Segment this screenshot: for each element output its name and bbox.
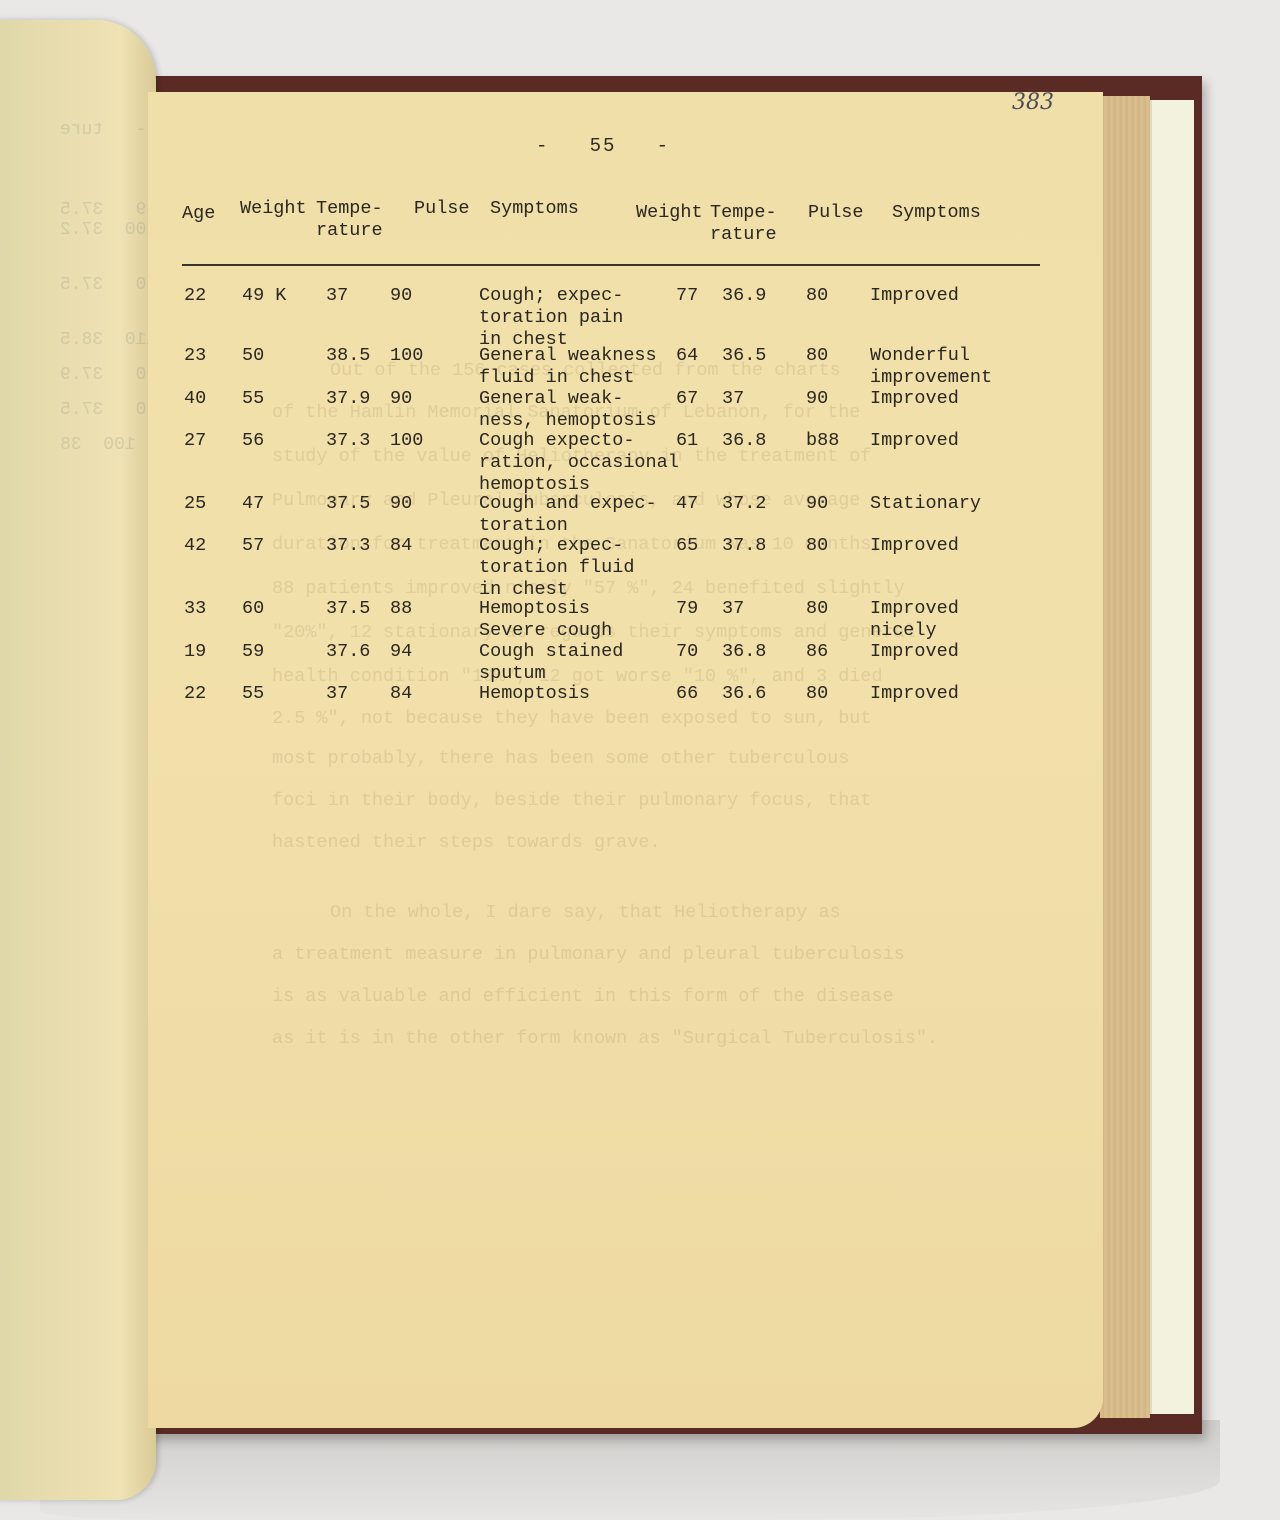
cell-temp-after: 36.9 xyxy=(722,285,766,307)
cell-pulse-after: 80 xyxy=(806,683,828,705)
cell-age: 27 xyxy=(184,430,206,452)
page-number: - 55 - xyxy=(536,135,670,157)
bleed-through-line: most probably, there has been some other… xyxy=(272,748,849,770)
header-weight: Weight xyxy=(240,198,307,220)
bleed-through-line: On the whole, I dare say, that Heliother… xyxy=(330,902,841,924)
cell-temp: 37.5 xyxy=(326,598,370,620)
cell-symptoms: General weakness fluid in chest xyxy=(479,345,657,389)
cell-weight: 57 xyxy=(242,535,264,557)
cell-temp: 37 xyxy=(326,683,348,705)
backdrop-shadow xyxy=(40,1420,1220,1520)
cell-result: Wonderful improvement xyxy=(870,345,992,389)
cell-temp-after: 37.2 xyxy=(722,493,766,515)
cell-weight-after: 66 xyxy=(676,683,698,705)
cell-pulse: 84 xyxy=(390,683,412,705)
cell-result: Improved xyxy=(870,430,959,452)
cell-weight-after: 61 xyxy=(676,430,698,452)
cell-age: 22 xyxy=(184,683,206,705)
cell-result: Improved nicely xyxy=(870,598,959,642)
cell-symptoms: Cough; expec- toration pain in chest xyxy=(479,285,623,351)
cell-pulse: 94 xyxy=(390,641,412,663)
cell-temp-after: 36.8 xyxy=(722,641,766,663)
cell-temp: 37 xyxy=(326,285,348,307)
cell-age: 19 xyxy=(184,641,206,663)
header-symptoms-after: Symptoms xyxy=(892,202,981,224)
cell-temp: 37.5 xyxy=(326,493,370,515)
cell-symptoms: Cough stained sputum xyxy=(479,641,623,685)
header-age: Age xyxy=(182,203,215,225)
left-ghost-text: 69 37.5 xyxy=(60,200,157,220)
header-pulse-after: Pulse xyxy=(808,202,864,224)
cell-pulse: 100 xyxy=(390,345,423,367)
cell-weight: 55 xyxy=(242,683,264,705)
cell-symptoms: Cough; expec- toration fluid in chest xyxy=(479,535,634,601)
left-page-curl: Pulse - ture 69 37.5 100 37.2 80 37.5 11… xyxy=(0,20,156,1500)
cell-result: Improved xyxy=(870,683,959,705)
header-rule xyxy=(182,264,1040,266)
cell-result: Stationary xyxy=(870,493,981,515)
handwritten-folio-number: 383 xyxy=(1012,90,1054,115)
cell-pulse: 100 xyxy=(390,430,423,452)
cell-weight: 47 xyxy=(242,493,264,515)
cell-symptoms: Hemoptosis Severe cough xyxy=(479,598,612,642)
bleed-through-line: hastened their steps towards grave. xyxy=(272,832,661,854)
header-symptoms: Symptoms xyxy=(490,198,579,220)
cell-temp-after: 36.8 xyxy=(722,430,766,452)
cell-temp-after: 36.6 xyxy=(722,683,766,705)
cell-symptoms: Hemoptosis xyxy=(479,683,590,705)
cell-weight-after: 70 xyxy=(676,641,698,663)
bleed-through-line: foci in their body, beside their pulmona… xyxy=(272,790,872,812)
cell-pulse-after: b88 xyxy=(806,430,839,452)
cell-weight-after: 79 xyxy=(676,598,698,620)
cell-pulse-after: 86 xyxy=(806,641,828,663)
cell-pulse-after: 90 xyxy=(806,388,828,410)
cell-symptoms: Cough and expec- toration xyxy=(479,493,657,537)
cell-pulse: 90 xyxy=(390,493,412,515)
cell-pulse-after: 80 xyxy=(806,535,828,557)
cell-result: Improved xyxy=(870,641,959,663)
cell-pulse-after: 80 xyxy=(806,598,828,620)
cell-temp: 38.5 xyxy=(326,345,370,367)
cell-weight: 50 xyxy=(242,345,264,367)
cell-weight-after: 65 xyxy=(676,535,698,557)
cell-weight: 55 xyxy=(242,388,264,410)
bleed-through-line: as it is in the other form known as "Sur… xyxy=(272,1028,938,1050)
left-ghost-text: 100 38 xyxy=(60,435,136,455)
cell-pulse: 90 xyxy=(390,388,412,410)
left-ghost-text: 90 37.9 xyxy=(60,365,157,385)
bleed-through-line: a treatment measure in pulmonary and ple… xyxy=(272,944,905,966)
cell-age: 42 xyxy=(184,535,206,557)
cell-age: 22 xyxy=(184,285,206,307)
cell-weight-after: 67 xyxy=(676,388,698,410)
cell-temp-after: 36.5 xyxy=(722,345,766,367)
cell-pulse-after: 80 xyxy=(806,285,828,307)
cell-pulse-after: 90 xyxy=(806,493,828,515)
header-pulse: Pulse xyxy=(414,198,470,220)
cell-temp-after: 37 xyxy=(722,388,744,410)
left-ghost-text: 90 37.5 xyxy=(60,400,157,420)
page-edge-stack xyxy=(1100,96,1150,1418)
header-temperature-after: Tempe- rature xyxy=(710,202,777,246)
cell-pulse: 84 xyxy=(390,535,412,557)
left-ghost-text: 100 37.2 xyxy=(60,220,157,240)
cell-pulse: 88 xyxy=(390,598,412,620)
header-temperature: Tempe- rature xyxy=(316,198,383,242)
cell-weight-after: 47 xyxy=(676,493,698,515)
cell-symptoms: Cough expecto- ration, occasional hemopt… xyxy=(479,430,679,496)
bleed-through-line: 2.5 %", not because they have been expos… xyxy=(272,708,872,730)
cell-weight: 56 xyxy=(242,430,264,452)
cell-weight: 60 xyxy=(242,598,264,620)
cell-result: Improved xyxy=(870,388,959,410)
cell-weight-after: 64 xyxy=(676,345,698,367)
cell-temp: 37.6 xyxy=(326,641,370,663)
cell-age: 23 xyxy=(184,345,206,367)
cell-pulse-after: 80 xyxy=(806,345,828,367)
cell-weight: 59 xyxy=(242,641,264,663)
cell-weight: 49 K xyxy=(242,285,286,307)
left-ghost-text: 110 38.5 xyxy=(60,330,157,350)
endpaper xyxy=(1150,100,1194,1414)
cell-temp: 37.3 xyxy=(326,430,370,452)
cell-age: 25 xyxy=(184,493,206,515)
cell-symptoms: General weak- ness, hemoptosis xyxy=(479,388,657,432)
cell-age: 33 xyxy=(184,598,206,620)
cell-temp-after: 37.8 xyxy=(722,535,766,557)
cell-temp: 37.3 xyxy=(326,535,370,557)
cell-temp: 37.9 xyxy=(326,388,370,410)
cell-temp-after: 37 xyxy=(722,598,744,620)
cell-result: Improved xyxy=(870,535,959,557)
cell-age: 40 xyxy=(184,388,206,410)
bleed-through-line: is as valuable and efficient in this for… xyxy=(272,986,894,1008)
cell-weight-after: 77 xyxy=(676,285,698,307)
header-weight-after: Weight xyxy=(636,202,703,224)
cell-result: Improved xyxy=(870,285,959,307)
left-ghost-text: 80 37.5 xyxy=(60,275,157,295)
cell-pulse: 90 xyxy=(390,285,412,307)
